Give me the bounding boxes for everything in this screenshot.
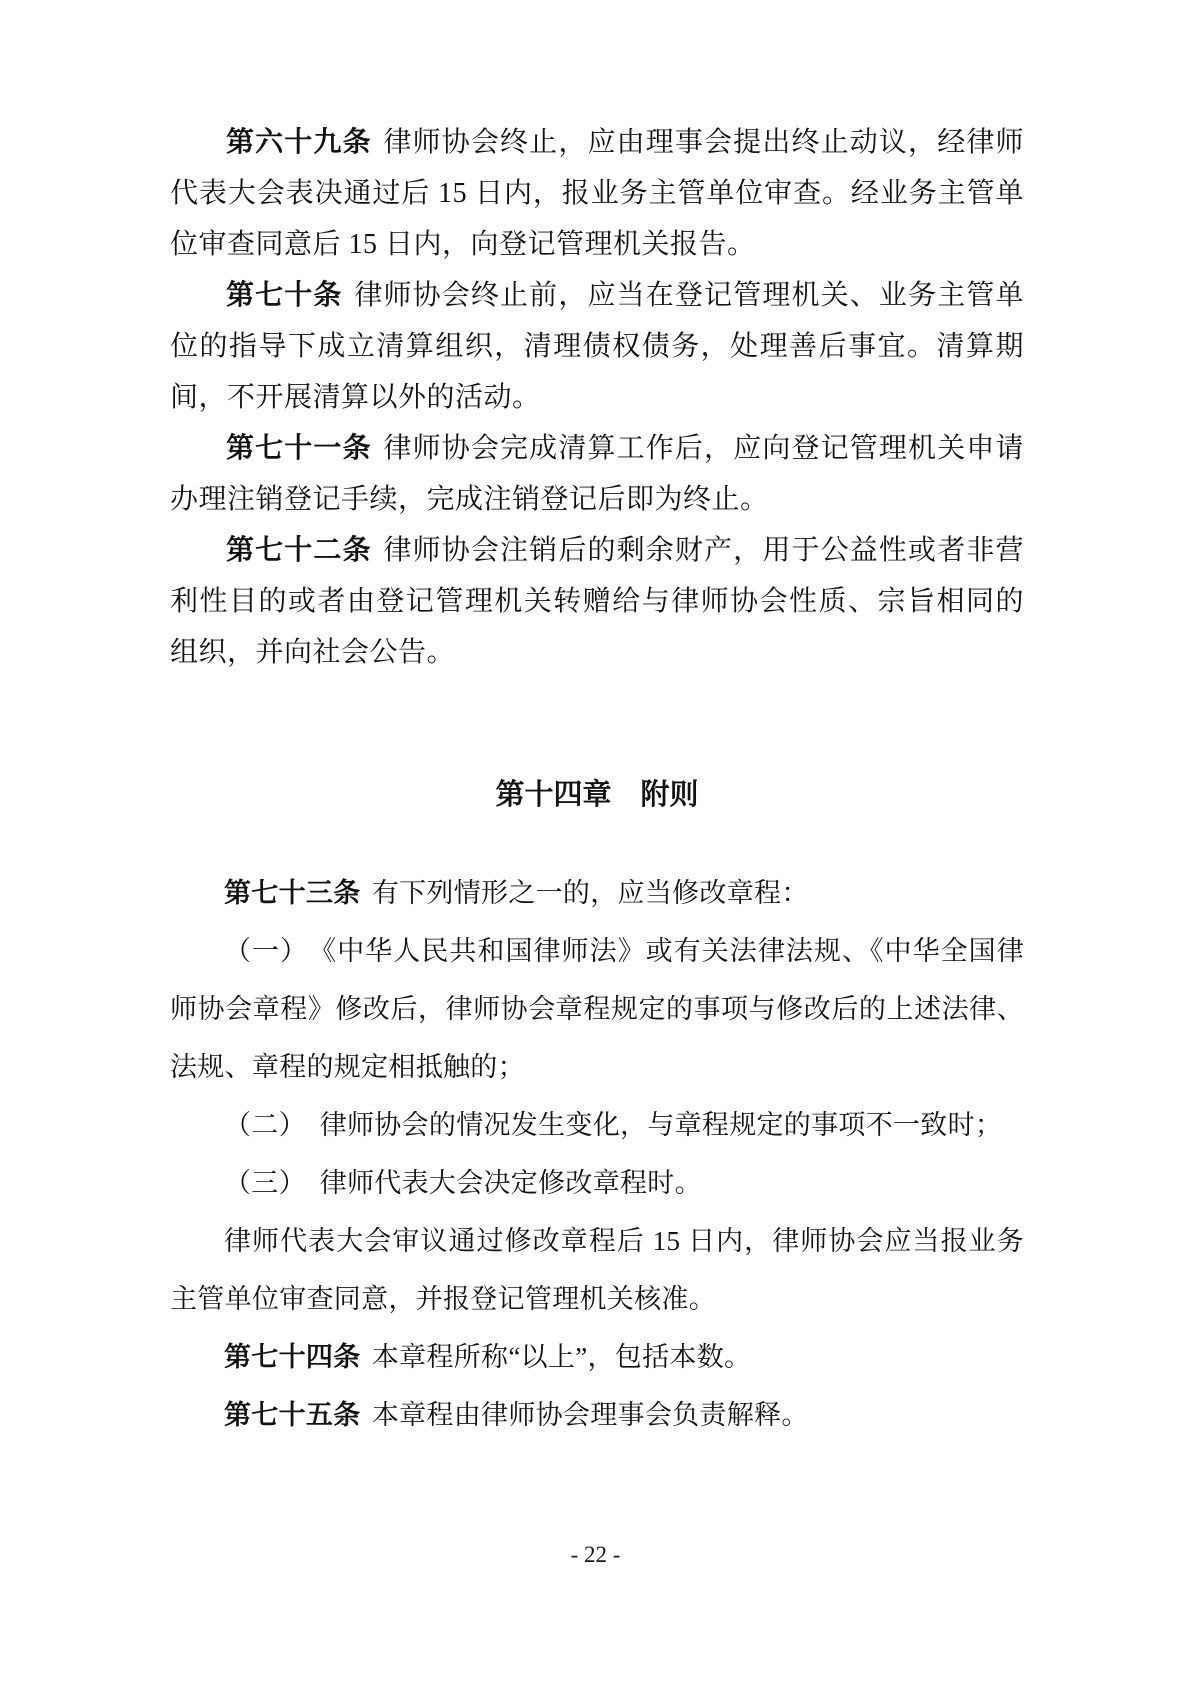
page-footer: - 22 -	[0, 1540, 1191, 1570]
article-73-number: 第七十三条	[224, 878, 361, 908]
article-74-text: 本章程所称“以上”，包括本数。	[372, 1342, 751, 1372]
article-73-paragraph: 第七十三条有下列情形之一的，应当修改章程：	[170, 864, 1024, 922]
article-69-number: 第六十九条	[226, 127, 372, 158]
clause-1-paragraph: （一） 《中华人民共和国律师法》或有关法律法规、《中华全国律师协会章程》修改后，…	[170, 922, 1024, 1096]
clause-2-paragraph: （二） 律师协会的情况发生变化，与章程规定的事项不一致时；	[170, 1096, 1024, 1154]
article-75-paragraph: 第七十五条本章程由律师协会理事会负责解释。	[170, 1386, 1024, 1444]
clause-1-text: （一） 《中华人民共和国律师法》或有关法律法规、《中华全国律师协会章程》修改后，…	[170, 936, 1024, 1082]
article-72-number: 第七十二条	[226, 535, 372, 566]
article-71-paragraph: 第七十一条律师协会完成清算工作后，应向登记管理机关申请办理注销登记手续，完成注销…	[170, 423, 1024, 525]
article-71-number: 第七十一条	[226, 433, 372, 464]
article-72-paragraph: 第七十二条律师协会注销后的剩余财产，用于公益性或者非营利性目的或者由登记管理机关…	[170, 525, 1024, 678]
appendix-section: 第七十三条有下列情形之一的，应当修改章程： （一） 《中华人民共和国律师法》或有…	[170, 864, 1024, 1444]
document-page: 第六十九条律师协会终止，应由理事会提出终止动议，经律师代表大会表决通过后 15 …	[0, 0, 1191, 1684]
article-73-text: 有下列情形之一的，应当修改章程：	[372, 878, 809, 908]
chapter-14-heading: 第十四章 附则	[170, 772, 1024, 818]
amendment-procedure-paragraph: 律师代表大会审议通过修改章程后 15 日内，律师协会应当报业务主管单位审查同意，…	[170, 1212, 1024, 1328]
clause-2-text: （二） 律师协会的情况发生变化，与章程规定的事项不一致时；	[224, 1110, 1002, 1140]
clause-3-paragraph: （三） 律师代表大会决定修改章程时。	[170, 1154, 1024, 1212]
amendment-procedure-text: 律师代表大会审议通过修改章程后 15 日内，律师协会应当报业务主管单位审查同意，…	[170, 1226, 1024, 1314]
article-75-number: 第七十五条	[224, 1400, 361, 1430]
page-number: - 22 -	[571, 1542, 621, 1567]
article-74-paragraph: 第七十四条本章程所称“以上”，包括本数。	[170, 1328, 1024, 1386]
page-content: 第六十九条律师协会终止，应由理事会提出终止动议，经律师代表大会表决通过后 15 …	[170, 117, 1024, 1444]
article-74-number: 第七十四条	[224, 1342, 361, 1372]
article-69-paragraph: 第六十九条律师协会终止，应由理事会提出终止动议，经律师代表大会表决通过后 15 …	[170, 117, 1024, 270]
article-75-text: 本章程由律师协会理事会负责解释。	[372, 1400, 809, 1430]
clause-3-text: （三） 律师代表大会决定修改章程时。	[224, 1168, 702, 1198]
article-70-number: 第七十条	[226, 280, 343, 311]
article-70-paragraph: 第七十条律师协会终止前，应当在登记管理机关、业务主管单位的指导下成立清算组织，清…	[170, 270, 1024, 423]
